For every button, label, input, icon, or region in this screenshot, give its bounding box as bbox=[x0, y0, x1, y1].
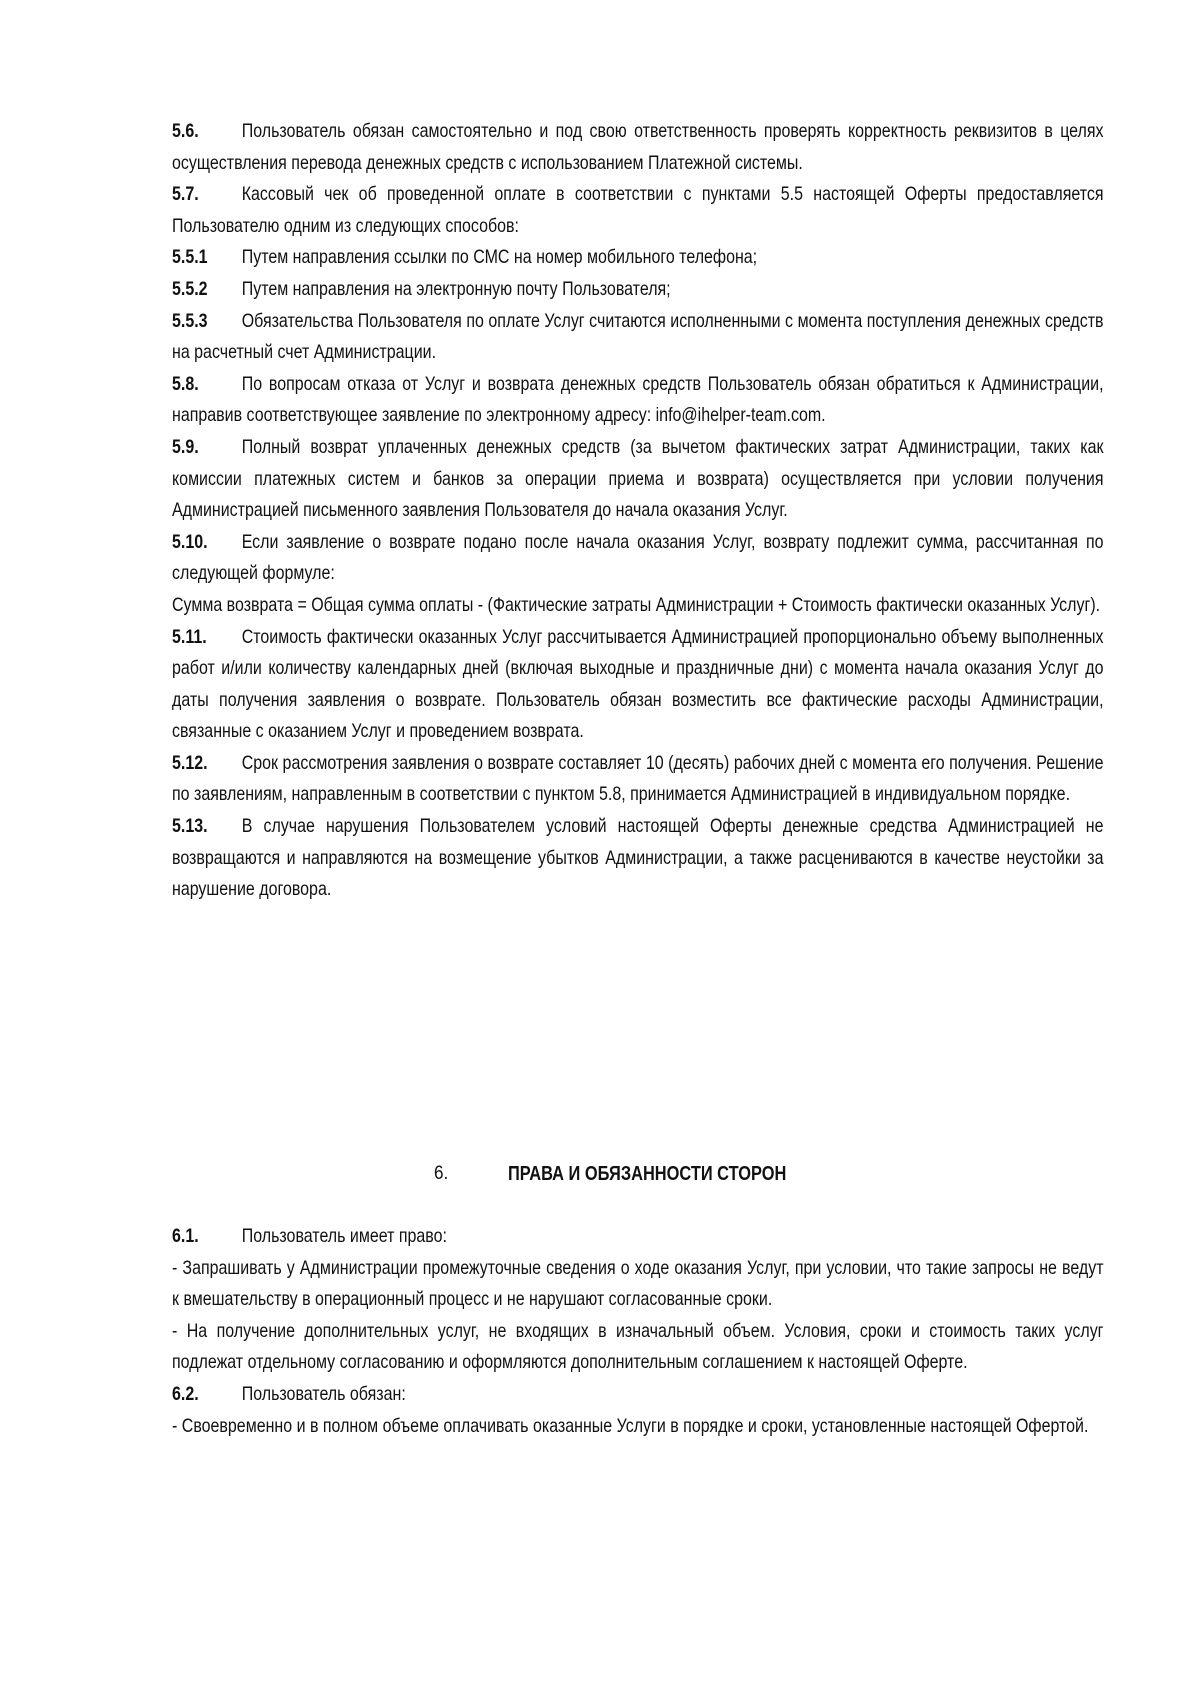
clause-5-12: 5.12.Срок рассмотрения заявления о возвр… bbox=[172, 748, 1104, 811]
clause-number: 5.13. bbox=[172, 811, 242, 843]
clause-5-6: 5.6.Пользователь обязан самостоятельно и… bbox=[172, 116, 1104, 179]
clause-text: Срок рассмотрения заявления о возврате с… bbox=[172, 752, 1104, 806]
clause-number: 5.11. bbox=[172, 622, 242, 654]
clause-5-8: 5.8.По вопросам отказа от Услуг и возвра… bbox=[172, 369, 1104, 432]
clause-text: Кассовый чек об проведенной оплате в соо… bbox=[172, 183, 1104, 237]
list-item-text: - Запрашивать у Администрации промежуточ… bbox=[172, 1257, 1104, 1311]
clause-number: 5.12. bbox=[172, 748, 242, 780]
section-5-text: 5.6.Пользователь обязан самостоятельно и… bbox=[172, 116, 1104, 906]
clause-text: Полный возврат уплаченных денежных средс… bbox=[172, 436, 1104, 521]
clause-5-5-2: 5.5.2Путем направления на электронную по… bbox=[172, 274, 1104, 306]
clause-text: Пользователь обязан: bbox=[242, 1383, 406, 1405]
clause-6-1: 6.1.Пользователь имеет право: bbox=[172, 1221, 1104, 1253]
clause-number: 5.5.3 bbox=[172, 306, 242, 338]
document-page: 5.6.Пользователь обязан самостоятельно и… bbox=[0, 0, 1192, 1684]
section-number: 6. bbox=[434, 1163, 448, 1185]
clause-text: Стоимость фактически оказанных Услуг рас… bbox=[172, 626, 1104, 743]
clause-number: 5.8. bbox=[172, 369, 242, 401]
refund-formula: Сумма возврата = Общая сумма оплаты - (Ф… bbox=[172, 590, 1104, 622]
clause-text: Путем направления на электронную почту П… bbox=[242, 278, 671, 300]
clause-5-7: 5.7.Кассовый чек об проведенной оплате в… bbox=[172, 179, 1104, 242]
clause-5-5-3: 5.5.3Обязательства Пользователя по оплат… bbox=[172, 306, 1104, 369]
clause-text: Путем направления ссылки по СМС на номер… bbox=[242, 246, 757, 268]
clause-5-9: 5.9.Полный возврат уплаченных денежных с… bbox=[172, 432, 1104, 527]
clause-number: 5.7. bbox=[172, 179, 242, 211]
clause-5-5-1: 5.5.1Путем направления ссылки по СМС на … bbox=[172, 242, 1104, 274]
section-title: ПРАВА И ОБЯЗАННОСТИ СТОРОН bbox=[508, 1163, 786, 1186]
formula-text: Сумма возврата = Общая сумма оплаты - (Ф… bbox=[172, 594, 1100, 616]
section-6-heading: 6. ПРАВА И ОБЯЗАННОСТИ СТОРОН bbox=[0, 1163, 1192, 1193]
clause-5-13: 5.13.В случае нарушения Пользователем ус… bbox=[172, 811, 1104, 906]
clause-text: Если заявление о возврате подано после н… bbox=[172, 531, 1104, 585]
clause-number: 6.2. bbox=[172, 1379, 242, 1411]
clause-number: 5.9. bbox=[172, 432, 242, 464]
clause-number: 6.1. bbox=[172, 1221, 242, 1253]
section-6-text: 6.1.Пользователь имеет право: - Запрашив… bbox=[172, 1221, 1104, 1442]
clause-number: 5.5.2 bbox=[172, 274, 242, 306]
obligation-item: - Своевременно и в полном объеме оплачив… bbox=[172, 1411, 1104, 1443]
clause-5-11: 5.11.Стоимость фактически оказанных Услу… bbox=[172, 622, 1104, 748]
clause-text: Пользователь обязан самостоятельно и под… bbox=[172, 120, 1104, 174]
clause-number: 5.10. bbox=[172, 527, 242, 559]
right-item: - Запрашивать у Администрации промежуточ… bbox=[172, 1253, 1104, 1316]
clause-text: По вопросам отказа от Услуг и возврата д… bbox=[172, 373, 1104, 427]
right-item: - На получение дополнительных услуг, не … bbox=[172, 1316, 1104, 1379]
list-item-text: - Своевременно и в полном объеме оплачив… bbox=[172, 1415, 1088, 1437]
list-item-text: - На получение дополнительных услуг, не … bbox=[172, 1320, 1104, 1374]
clause-6-2: 6.2.Пользователь обязан: bbox=[172, 1379, 1104, 1411]
clause-text: Обязательства Пользователя по оплате Усл… bbox=[172, 310, 1104, 364]
clause-number: 5.6. bbox=[172, 116, 242, 148]
clause-5-10: 5.10.Если заявление о возврате подано по… bbox=[172, 527, 1104, 590]
clause-number: 5.5.1 bbox=[172, 242, 242, 274]
clause-text: Пользователь имеет право: bbox=[242, 1225, 447, 1247]
clause-text: В случае нарушения Пользователем условий… bbox=[172, 815, 1104, 900]
